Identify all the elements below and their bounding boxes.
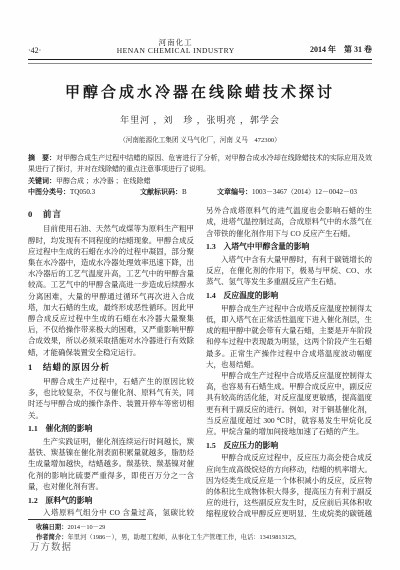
article-title: 甲醇合成水冷器在线除蜡技术探讨 xyxy=(28,81,372,102)
subsection-heading-1-5: 1.5 反应压力的影响 xyxy=(206,440,372,451)
keywords: 关键词：甲醇合成 ；水冷器 ；在线除蜡 xyxy=(28,176,372,187)
abstract-label: 摘 要： xyxy=(28,154,56,162)
subsection-heading-1-4: 1.4 反应温度的影响 xyxy=(206,290,372,301)
page-header: ·42· 河南化工 HENAN CHEMICAL INDUSTRY 2014 年… xyxy=(28,34,372,56)
abstract: 摘 要：对甲醇合成生产过程中结蜡的原因、危害进行了分析，对甲醇合成水冷却在线除蜡… xyxy=(28,153,372,175)
subsection-heading-1-1: 1.1 催化剂的影响 xyxy=(28,423,194,434)
footnote: 收稿日期：2014－10－29 作者简介：年里河（1986－），男，助理工程师，… xyxy=(28,519,372,543)
section-heading-0: 0 前言 xyxy=(28,209,194,220)
body-columns: 0 前言 目前使用石油、天然气或煤等为原料生产粗甲醇时，均发现有不同程度的结蜡现… xyxy=(28,205,372,517)
paragraph: 目前使用石油、天然气或煤等为原料生产粗甲醇时，均发现有不同程度的结蜡现象。甲醇合… xyxy=(28,223,194,357)
paragraph: 甲醇合成生产过程中合成塔反应温度控制得太高，也容易有石蜡生成。甲醇合成反应中，副… xyxy=(206,370,372,437)
received-date: 收稿日期：2014－10－29 xyxy=(28,523,372,533)
wanfang-watermark: 万方数据 xyxy=(30,539,72,553)
left-column: 0 前言 目前使用石油、天然气或煤等为原料生产粗甲醇时，均发现有不同程度的结蜡现… xyxy=(28,205,194,517)
keywords-label: 关键词： xyxy=(28,177,56,185)
abstract-text: 对甲醇合成生产过程中结蜡的原因、危害进行了分析，对甲醇合成水冷却在线除蜡技术的实… xyxy=(28,154,372,173)
header-rule xyxy=(28,59,372,64)
section-heading-1: 1 结蜡的原因分析 xyxy=(28,362,194,373)
subsection-heading-1-2: 1.2 原料气的影响 xyxy=(28,495,194,506)
issue-info: 2014 年 第 31 卷 xyxy=(310,44,372,56)
authors-line: 年里河 ，刘 珍 ，张明亮 ，郭学会 xyxy=(28,113,372,126)
article-id: 文章编号：1003－3467（2014）12－0042－03 xyxy=(217,187,357,198)
paragraph: 入塔原料气组分中 CO 含量过高，氢碳比较低，副反应增多，生成脂肪烃类机会多，结… xyxy=(28,507,194,517)
journal-name: 河南化工 HENAN CHEMICAL INDUSTRY xyxy=(117,39,235,56)
subsection-heading-1-3: 1.3 入塔气中甲醇含量的影响 xyxy=(206,241,372,252)
page-number: ·42· xyxy=(28,46,41,56)
right-column: 另外合成塔原料气的进气温度也会影响石蜡的生成，进塔气温控制过高，合成原料气中的水… xyxy=(206,205,372,517)
meta-line: 中图分类号：TQ050.3 文献标识码：B 文章编号：1003－3467（201… xyxy=(28,187,372,198)
author-bio: 作者简介：年里河（1986－），男，助理工程师，从事化工生产管理工作，电话：13… xyxy=(28,533,372,543)
affiliation: （河南能源化工集团 义马气化厂，河南 义马 472300） xyxy=(28,134,372,144)
paragraph: 甲醇合成生产过程中合成塔反应温度控制得太低，即入塔气在正常活性温度下进入催化剂层… xyxy=(206,303,372,370)
footnote-rule xyxy=(28,519,146,520)
document-code: 文献标识码：B xyxy=(140,187,217,198)
paragraph: 甲醇合成反应过程中，反应压力高会使合成反应向生成高级烷烃的方向移动，结蜡的机率增… xyxy=(206,452,372,517)
paragraph: 入塔气中含有大量甲醇时，有利于碳链增长的反应，在催化剂的作用下，极易与甲烷、CO… xyxy=(206,254,372,288)
journal-page: ·42· 河南化工 HENAN CHEMICAL INDUSTRY 2014 年… xyxy=(0,0,400,570)
paragraph: 另外合成塔原料气的进气温度也会影响石蜡的生成，进塔气温控制过高，合成原料气中的水… xyxy=(206,205,372,239)
clc-number: 中图分类号：TQ050.3 xyxy=(28,187,140,198)
journal-name-en: HENAN CHEMICAL INDUSTRY xyxy=(117,47,235,56)
keywords-text: 甲醇合成 ；水冷器 ；在线除蜡 xyxy=(56,177,151,185)
paragraph: 甲醇合成生产过程中，石蜡产生的原因比较多，也比较复杂，不仅与催化剂、原料气有关，… xyxy=(28,376,194,421)
paragraph: 生产实践证明，催化剂连续运行时间越长，羰基铁、羰基镍在催化剂表面积累量就越多，脂… xyxy=(28,436,194,492)
